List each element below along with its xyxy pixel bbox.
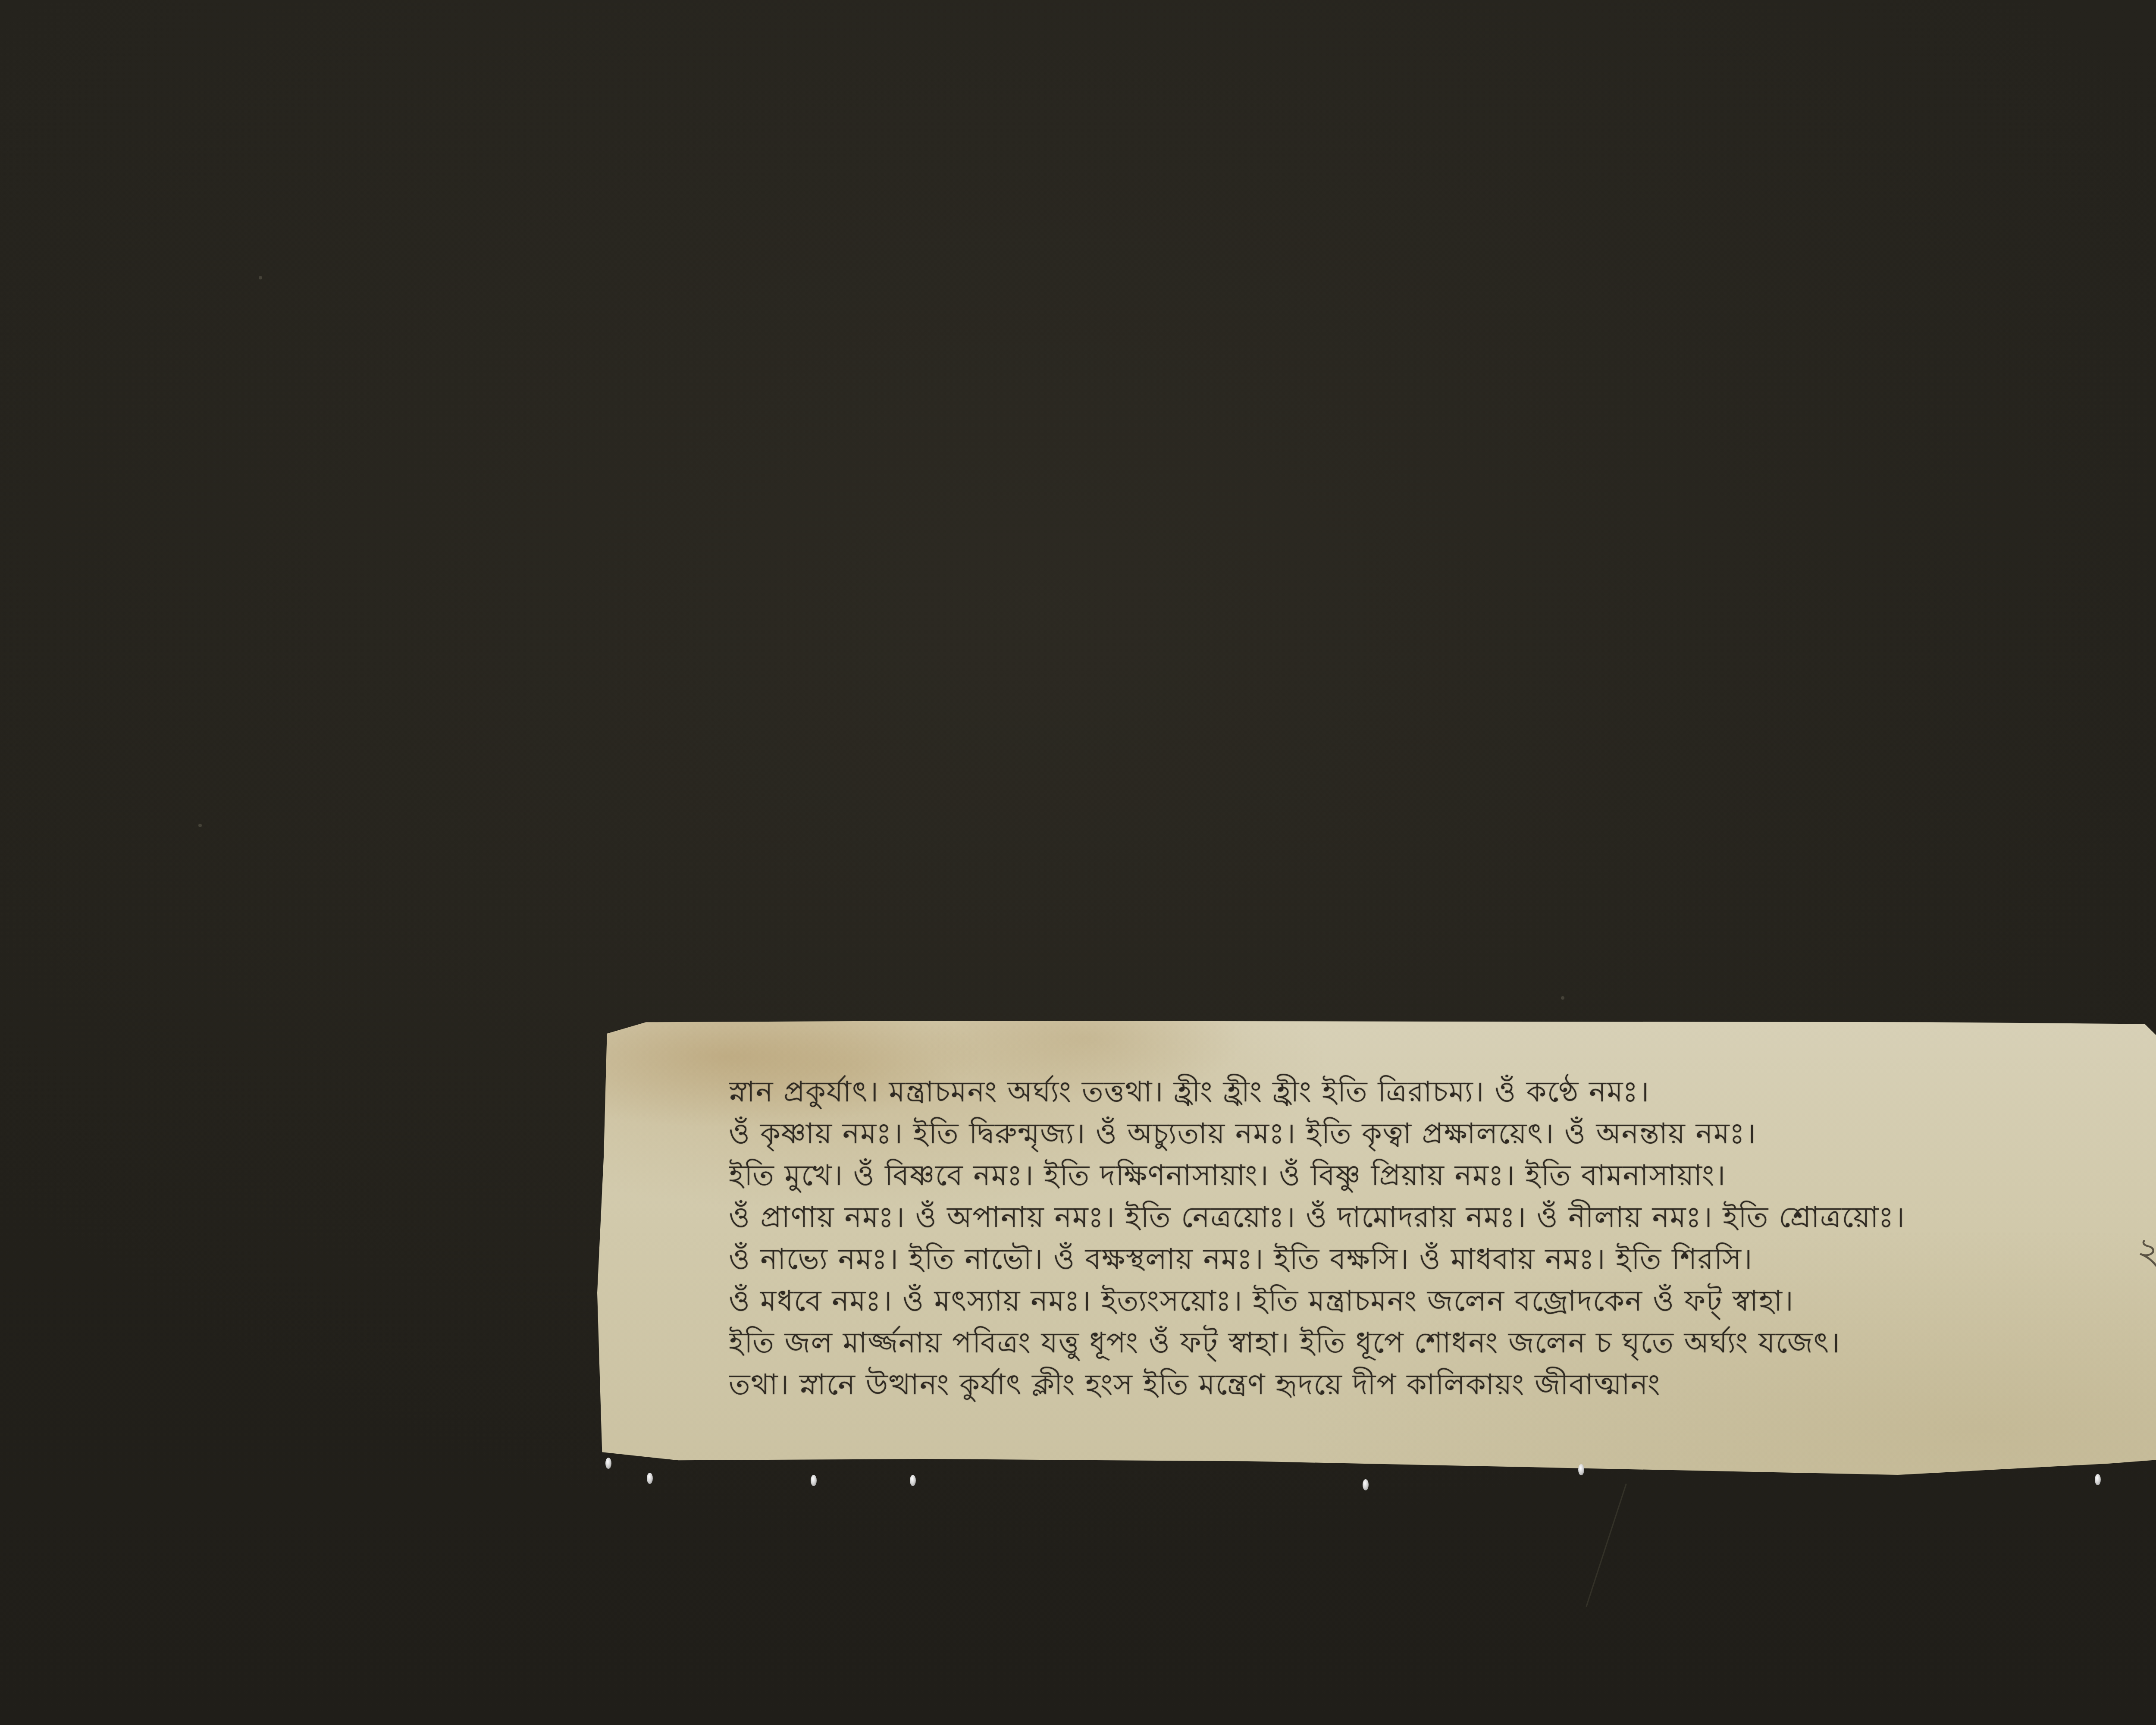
manuscript-line: তথা। স্নানে উত্থানং কুর্যাৎ ক্লীং হংস ইত… — [729, 1364, 2091, 1405]
manuscript-line: ওঁ কৃষ্ণায় নমঃ। ইতি দ্বিরুন্মৃজ্য। ওঁ অ… — [729, 1113, 2091, 1154]
dust-speck — [198, 824, 202, 827]
pin-icon — [1363, 1479, 1369, 1490]
manuscript-line: ওঁ প্রাণায় নমঃ। ওঁ অপানায় নমঃ। ইতি নেত… — [729, 1196, 2091, 1238]
manuscript-line: ইতি জল মার্জ্জনায় পবিত্রং যত্তু ধূপং ওঁ… — [729, 1322, 2091, 1364]
pin-icon — [1578, 1464, 1584, 1475]
dust-speck — [259, 276, 262, 279]
pin-icon — [605, 1458, 611, 1469]
manuscript-text: স্নান প্রকুর্যাৎ। মন্ত্রাচমনং অর্ঘ্যং তত… — [729, 1071, 2091, 1405]
dust-speck — [1561, 996, 1564, 1000]
manuscript-line: ওঁ মধবে নমঃ। ওঁ মৎস্যায় নমঃ। ইত্যংসয়োঃ… — [729, 1280, 2091, 1322]
manuscript-leaf: স্নান প্রকুর্যাৎ। মন্ত্রাচমনং অর্ঘ্যং তত… — [597, 1020, 2156, 1475]
manuscript-line: ওঁ নাভ্যে নমঃ। ইতি নাভৌ। ওঁ বক্ষস্থলায় … — [729, 1238, 2091, 1280]
pin-icon — [2095, 1474, 2101, 1485]
manuscript-line: ইতি মুখে। ওঁ বিষ্ণবে নমঃ। ইতি দক্ষিণনাসা… — [729, 1154, 2091, 1196]
pin-icon — [647, 1473, 653, 1484]
pin-icon — [910, 1475, 916, 1486]
pin-icon — [811, 1475, 817, 1486]
folio-number: ২ — [2137, 1223, 2156, 1283]
manuscript-line: স্নান প্রকুর্যাৎ। মন্ত্রাচমনং অর্ঘ্যং তত… — [729, 1071, 2091, 1113]
